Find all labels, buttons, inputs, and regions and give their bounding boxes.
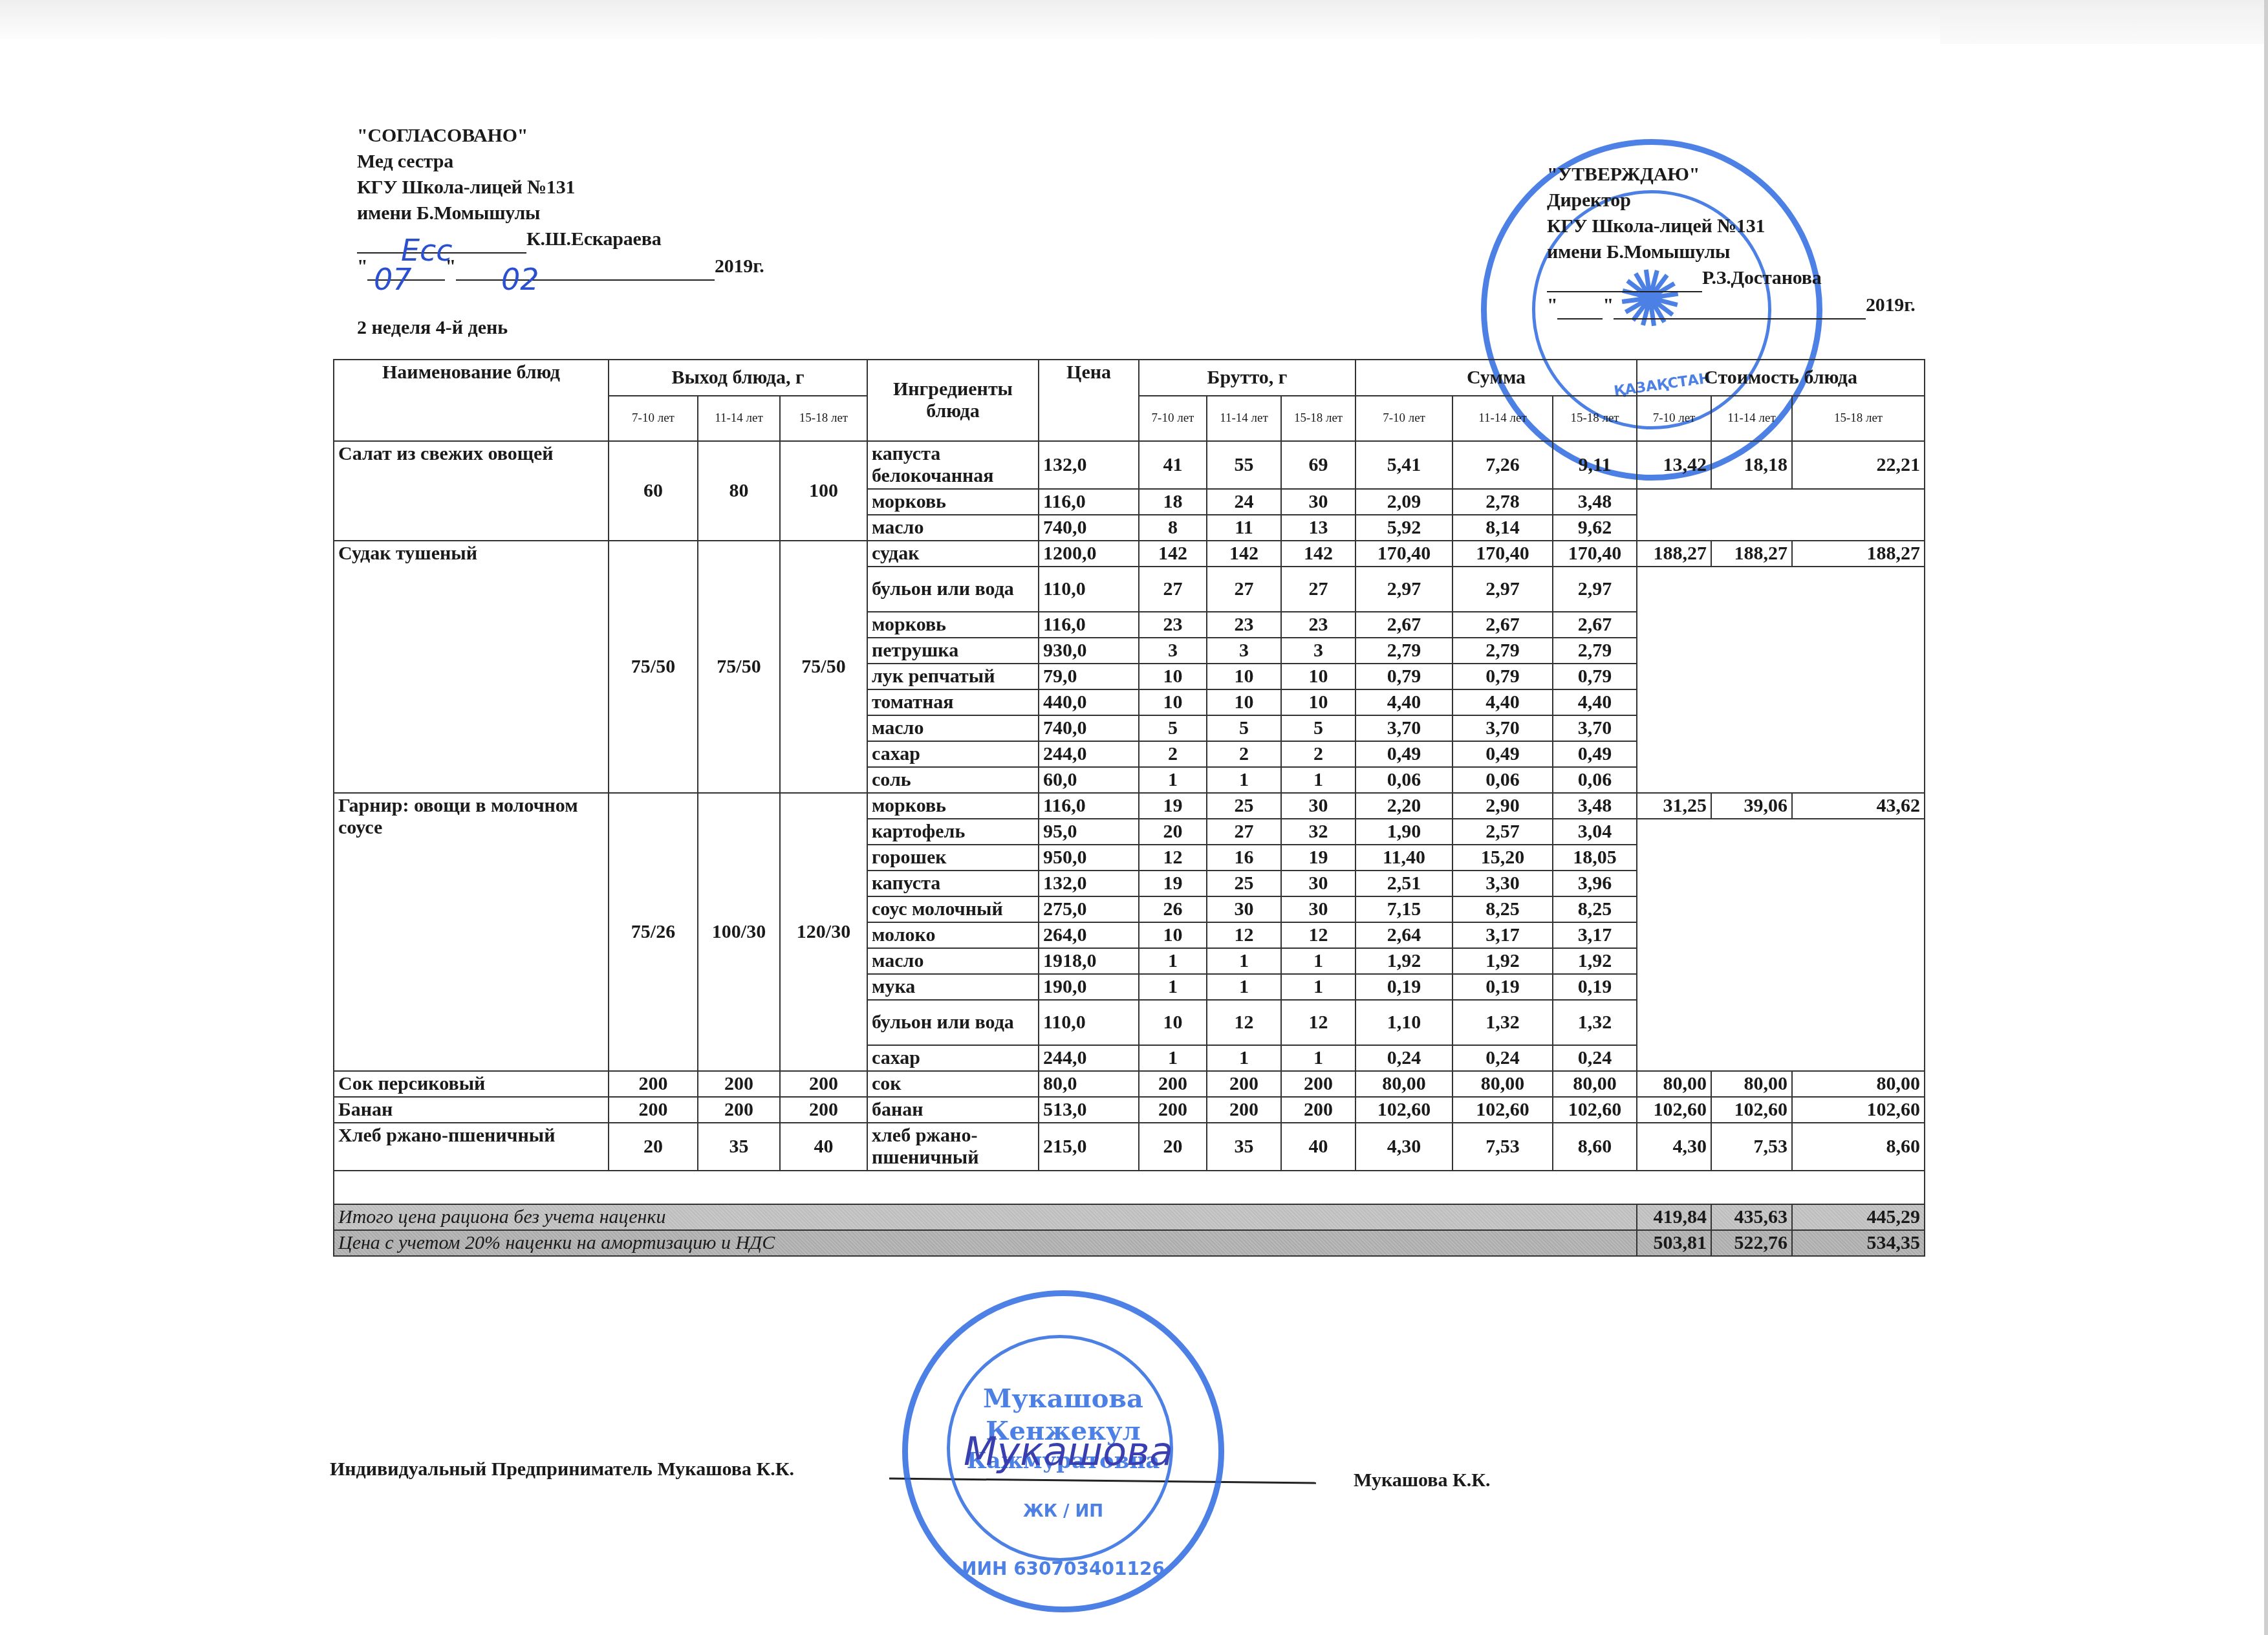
dish-yield: 75/26 [609,793,698,1071]
ingredient-price: 132,0 [1039,441,1139,489]
ingredient-name: масло [867,715,1039,741]
dish-yield: 200 [609,1071,698,1097]
ingredient-price: 950,0 [1039,845,1139,871]
ingredient-sum: 3,04 [1553,819,1637,845]
dish-cost: 80,00 [1711,1071,1792,1097]
dish-cost: 7,53 [1711,1123,1792,1171]
ingredient-brutto: 8 [1139,515,1207,541]
ingredient-price: 132,0 [1039,871,1139,896]
ingredient-brutto: 13 [1281,515,1355,541]
ingredient-sum: 1,92 [1355,948,1453,974]
ingredient-brutto: 200 [1207,1097,1281,1123]
ingredient-brutto: 200 [1207,1071,1281,1097]
ingredient-brutto: 19 [1281,845,1355,871]
ingredient-sum: 1,32 [1453,1000,1553,1045]
ingredient-sum: 2,64 [1355,922,1453,948]
ingredient-sum: 3,30 [1453,871,1553,896]
ingredient-brutto: 27 [1281,567,1355,612]
dish-yield: 200 [780,1097,867,1123]
ingredient-name: морковь [867,489,1039,515]
ingredient-brutto: 1 [1207,767,1281,793]
ingredient-sum: 2,57 [1453,819,1553,845]
ingredient-name: бульон или вода [867,567,1039,612]
scan-edge-top [0,0,2268,39]
ingredient-price: 110,0 [1039,567,1139,612]
ingredient-sum: 2,20 [1355,793,1453,819]
ingredient-sum: 3,70 [1453,715,1553,741]
ingredient-brutto: 200 [1139,1097,1207,1123]
ingredient-brutto: 10 [1207,689,1281,715]
ingredient-sum: 5,92 [1355,515,1453,541]
ingredient-brutto: 41 [1139,441,1207,489]
ingredient-brutto: 1 [1139,1045,1207,1071]
header-yield: Выход блюда, г [609,360,867,396]
dish-yield: 75/50 [698,541,780,793]
ingredient-sum: 8,60 [1553,1123,1637,1171]
ingredient-brutto: 142 [1281,541,1355,567]
ingredient-brutto: 1 [1139,948,1207,974]
ingredient-brutto: 25 [1207,793,1281,819]
dish-cost-empty [1637,567,1925,793]
dish-yield: 200 [698,1097,780,1123]
ingredient-brutto: 200 [1281,1097,1355,1123]
ingredient-sum: 2,67 [1453,612,1553,638]
ingredient-sum: 2,67 [1355,612,1453,638]
ingredient-name: капуста белокочанная [867,441,1039,489]
ingredient-sum: 1,32 [1553,1000,1637,1045]
totals-value: 534,35 [1792,1230,1925,1256]
ingredient-brutto: 27 [1207,567,1281,612]
ingredient-sum: 2,97 [1553,567,1637,612]
ingredient-sum: 1,90 [1355,819,1453,845]
ingredient-brutto: 11 [1207,515,1281,541]
ingredient-sum: 0,19 [1355,974,1453,1000]
ingredient-brutto: 27 [1207,819,1281,845]
ingredient-price: 60,0 [1039,767,1139,793]
ingredient-sum: 2,97 [1355,567,1453,612]
subheader-sum-age: 7-10 лет [1355,396,1453,441]
ingredient-sum: 2,97 [1453,567,1553,612]
totals-value: 445,29 [1792,1204,1925,1230]
subheader-brutto-age: 15-18 лет [1281,396,1355,441]
ingredient-sum: 9,62 [1553,515,1637,541]
totals-value: 522,76 [1711,1230,1792,1256]
ingredient-sum: 2,79 [1453,638,1553,664]
dish-cost: 39,06 [1711,793,1792,819]
ingredient-brutto: 1 [1281,1045,1355,1071]
ingredient-brutto: 200 [1281,1071,1355,1097]
ingredient-brutto: 20 [1139,1123,1207,1171]
ingredient-brutto: 23 [1281,612,1355,638]
ingredient-name: соус молочный [867,896,1039,922]
ingredient-brutto: 40 [1281,1123,1355,1171]
stamp-iin: ИИН 630703401126 [908,1558,1218,1579]
ingredient-sum: 7,15 [1355,896,1453,922]
ingredient-brutto: 10 [1281,664,1355,689]
footer-entrepreneur: Индивидуальный Предприниматель Мукашова … [330,1458,794,1480]
ingredient-sum: 3,17 [1453,922,1553,948]
ingredient-name: бульон или вода [867,1000,1039,1045]
ingredient-brutto: 20 [1139,819,1207,845]
ingredient-price: 740,0 [1039,515,1139,541]
ingredient-brutto: 3 [1139,638,1207,664]
ingredient-sum: 170,40 [1553,541,1637,567]
ingredient-brutto: 12 [1207,1000,1281,1045]
ingredient-brutto: 19 [1139,871,1207,896]
table-row: Хлеб ржано-пшеничный203540хлеб ржано-пше… [334,1123,1925,1171]
approval-signer: К.Ш.Ескараева [526,228,661,250]
ingredient-name: петрушка [867,638,1039,664]
ingredient-brutto: 18 [1139,489,1207,515]
dish-name: Гарнир: овощи в молочном соусе [334,793,609,1071]
header-dish: Наименование блюд [334,360,609,441]
totals-row: Итого цена рациона без учета наценки419,… [334,1204,1925,1230]
ingredient-price: 1200,0 [1039,541,1139,567]
subheader-cost-age: 11-14 лет [1711,396,1792,441]
ingredient-sum: 2,79 [1355,638,1453,664]
ingredient-brutto: 19 [1139,793,1207,819]
table-row: Гарнир: овощи в молочном соусе75/26100/3… [334,793,1925,819]
ingredient-brutto: 2 [1207,741,1281,767]
ingredient-brutto: 23 [1207,612,1281,638]
ingredient-sum: 3,70 [1553,715,1637,741]
ingredient-sum: 0,24 [1355,1045,1453,1071]
ingredient-brutto: 142 [1207,541,1281,567]
ingredient-name: мука [867,974,1039,1000]
ingredient-brutto: 5 [1139,715,1207,741]
menu-costing-table: Наименование блюд Выход блюда, г Ингреди… [333,359,1925,1257]
ingredient-sum: 80,00 [1355,1071,1453,1097]
ingredient-sum: 2,09 [1355,489,1453,515]
ingredient-sum: 0,49 [1553,741,1637,767]
ingredient-sum: 4,30 [1355,1123,1453,1171]
ingredient-sum: 8,25 [1553,896,1637,922]
ingredient-price: 110,0 [1039,1000,1139,1045]
ingredient-sum: 0,19 [1553,974,1637,1000]
ingredient-price: 116,0 [1039,612,1139,638]
approval-title: "СОГЛАСОВАНО" [357,123,764,149]
ingredient-brutto: 1 [1207,1045,1281,1071]
footer-signer: Мукашова К.К. [1354,1469,1491,1491]
ingredient-sum: 80,00 [1453,1071,1553,1097]
ingredient-brutto: 142 [1139,541,1207,567]
dish-cost: 188,27 [1637,541,1711,567]
ingredient-brutto: 26 [1139,896,1207,922]
dish-name: Судак тушеный [334,541,609,793]
dish-cost: 102,60 [1711,1097,1792,1123]
table-row: Сок персиковый200200200сок80,02002002008… [334,1071,1925,1097]
ingredient-brutto: 1 [1139,974,1207,1000]
ingredient-name: горошек [867,845,1039,871]
ingredient-sum: 3,70 [1355,715,1453,741]
ingredient-brutto: 30 [1281,793,1355,819]
ingredient-sum: 0,79 [1553,664,1637,689]
dish-cost: 18,18 [1711,441,1792,489]
ingredient-brutto: 10 [1207,664,1281,689]
ingredient-name: сок [867,1071,1039,1097]
scan-edge-fold [1940,13,2268,44]
dish-yield: 200 [609,1097,698,1123]
ingredient-name: соль [867,767,1039,793]
ingredient-name: хлеб ржано-пшеничный [867,1123,1039,1171]
ingredient-brutto: 69 [1281,441,1355,489]
ingredient-price: 513,0 [1039,1097,1139,1123]
ingredient-sum: 0,06 [1453,767,1553,793]
dish-yield: 60 [609,441,698,541]
subheader-sum-age: 15-18 лет [1553,396,1637,441]
ingredient-sum: 7,26 [1453,441,1553,489]
ingredient-name: морковь [867,612,1039,638]
ingredient-sum: 0,79 [1453,664,1553,689]
ingredient-sum: 9,11 [1553,441,1637,489]
dish-yield: 35 [698,1123,780,1171]
ingredient-name: томатная [867,689,1039,715]
ingredient-brutto: 12 [1281,1000,1355,1045]
subheader-brutto-age: 7-10 лет [1139,396,1207,441]
dish-yield: 80 [698,441,780,541]
dish-cost-empty [1637,489,1925,541]
week-day-label: 2 неделя 4-й день [357,317,508,339]
dish-cost: 8,60 [1792,1123,1925,1171]
ingredient-price: 1918,0 [1039,948,1139,974]
ingredient-sum: 1,10 [1355,1000,1453,1045]
ingredient-sum: 170,40 [1355,541,1453,567]
ingredient-brutto: 30 [1281,896,1355,922]
ingredient-sum: 3,48 [1553,489,1637,515]
approval-role: Мед сестра [357,149,764,175]
totals-label: Цена с учетом 20% наценки на амортизацию… [334,1230,1637,1256]
table-row: Салат из свежих овощей6080100капуста бел… [334,441,1925,489]
ingredient-name: банан [867,1097,1039,1123]
ingredient-name: картофель [867,819,1039,845]
ingredient-price: 215,0 [1039,1123,1139,1171]
subheader-sum-age: 11-14 лет [1453,396,1553,441]
ingredient-sum: 0,06 [1553,767,1637,793]
ingredient-brutto: 27 [1139,567,1207,612]
ingredient-brutto: 10 [1139,664,1207,689]
ingredient-name: судак [867,541,1039,567]
stamp-type: ЖК / ИП [908,1502,1218,1521]
totals-row: Цена с учетом 20% наценки на амортизацию… [334,1230,1925,1256]
dish-yield: 75/50 [609,541,698,793]
ingredient-brutto: 12 [1207,922,1281,948]
ingredient-sum: 4,40 [1453,689,1553,715]
ingredient-brutto: 1 [1207,974,1281,1000]
ingredient-brutto: 10 [1139,1000,1207,1045]
ingredient-brutto: 30 [1281,489,1355,515]
dish-name: Хлеб ржано-пшеничный [334,1123,609,1171]
ingredient-sum: 2,90 [1453,793,1553,819]
ingredient-price: 244,0 [1039,741,1139,767]
ingredient-brutto: 10 [1281,689,1355,715]
dish-cost: 31,25 [1637,793,1711,819]
dish-yield: 100/30 [698,793,780,1071]
ingredient-sum: 102,60 [1355,1097,1453,1123]
spacer-cell [334,1171,1925,1204]
ingredient-price: 930,0 [1039,638,1139,664]
ingredient-price: 740,0 [1039,715,1139,741]
ingredient-name: молоко [867,922,1039,948]
ingredient-price: 79,0 [1039,664,1139,689]
handwritten-signature-bottom: Мукашова [964,1429,1173,1475]
dish-yield: 200 [780,1071,867,1097]
ingredient-brutto: 1 [1139,767,1207,793]
header-sum: Сумма [1355,360,1637,396]
ingredient-brutto: 5 [1207,715,1281,741]
ingredient-name: капуста [867,871,1039,896]
subheader-brutto-age: 11-14 лет [1207,396,1281,441]
approval-block-right: "УТВЕРЖДАЮ" Директор КГУ Школа-лицей №13… [1547,162,1915,319]
approval-org: КГУ Школа-лицей №131 [1547,213,1915,239]
approval-role: Директор [1547,188,1915,213]
scan-edge-right [2264,0,2268,1635]
ingredient-brutto: 12 [1139,845,1207,871]
ingredient-sum: 8,25 [1453,896,1553,922]
ingredient-sum: 1,92 [1453,948,1553,974]
ingredient-name: масло [867,948,1039,974]
approval-org-name: имени Б.Момышулы [357,200,764,226]
ingredient-brutto: 3 [1281,638,1355,664]
ingredient-brutto: 2 [1281,741,1355,767]
ingredient-sum: 4,40 [1355,689,1453,715]
ingredient-brutto: 1 [1207,948,1281,974]
ingredient-brutto: 1 [1281,974,1355,1000]
ingredient-brutto: 30 [1281,871,1355,896]
ingredient-sum: 2,79 [1553,638,1637,664]
dish-yield: 100 [780,441,867,541]
ingredient-sum: 2,67 [1553,612,1637,638]
dish-cost: 22,21 [1792,441,1925,489]
dish-yield: 120/30 [780,793,867,1071]
ingredient-price: 244,0 [1039,1045,1139,1071]
dish-yield: 20 [609,1123,698,1171]
dish-cost: 80,00 [1637,1071,1711,1097]
ingredient-sum: 0,49 [1355,741,1453,767]
dish-name: Салат из свежих овощей [334,441,609,541]
ingredient-brutto: 35 [1207,1123,1281,1171]
ingredient-sum: 3,17 [1553,922,1637,948]
totals-label: Итого цена рациона без учета наценки [334,1204,1637,1230]
ingredient-brutto: 12 [1281,922,1355,948]
totals-value: 419,84 [1637,1204,1711,1230]
ingredient-price: 440,0 [1039,689,1139,715]
ingredient-brutto: 55 [1207,441,1281,489]
dish-cost: 188,27 [1792,541,1925,567]
ingredient-brutto: 1 [1281,948,1355,974]
header-price: Цена [1039,360,1139,441]
ingredient-name: морковь [867,793,1039,819]
subheader-yield-age: 15-18 лет [780,396,867,441]
handwritten-day: 07 [374,262,412,297]
subheader-yield-age: 11-14 лет [698,396,780,441]
ingredient-sum: 0,19 [1453,974,1553,1000]
ingredient-sum: 7,53 [1453,1123,1553,1171]
ingredient-price: 116,0 [1039,489,1139,515]
subheader-cost-age: 15-18 лет [1792,396,1925,441]
ingredient-sum: 0,06 [1355,767,1453,793]
ingredient-sum: 2,51 [1355,871,1453,896]
spacer-row [334,1171,1925,1204]
dish-cost: 13,42 [1637,441,1711,489]
header-cost: Стоимость блюда [1637,360,1925,396]
dish-name: Банан [334,1097,609,1123]
dish-yield: 40 [780,1123,867,1171]
ingredient-sum: 18,05 [1553,845,1637,871]
approval-org-name: имени Б.Момышулы [1547,239,1915,265]
handwritten-month: 02 [501,262,539,297]
ingredient-sum: 1,92 [1553,948,1637,974]
ingredient-name: сахар [867,741,1039,767]
ingredient-sum: 170,40 [1453,541,1553,567]
approval-signer: Р.З.Достанова [1702,267,1822,288]
ingredient-brutto: 30 [1207,896,1281,922]
ingredient-sum: 0,24 [1553,1045,1637,1071]
ingredient-sum: 4,40 [1553,689,1637,715]
ingredient-brutto: 2 [1139,741,1207,767]
ingredient-name: сахар [867,1045,1039,1071]
ingredient-price: 264,0 [1039,922,1139,948]
ingredient-brutto: 16 [1207,845,1281,871]
dish-yield: 75/50 [780,541,867,793]
dish-cost: 4,30 [1637,1123,1711,1171]
dish-yield: 200 [698,1071,780,1097]
ingredient-sum: 11,40 [1355,845,1453,871]
approval-org: КГУ Школа-лицей №131 [357,175,764,200]
dish-cost: 188,27 [1711,541,1792,567]
ingredient-price: 275,0 [1039,896,1139,922]
approval-title: "УТВЕРЖДАЮ" [1547,162,1915,188]
ingredient-sum: 3,48 [1553,793,1637,819]
ingredient-sum: 3,96 [1553,871,1637,896]
totals-value: 435,63 [1711,1204,1792,1230]
ingredient-sum: 80,00 [1553,1071,1637,1097]
ingredient-price: 95,0 [1039,819,1139,845]
ingredient-sum: 0,79 [1355,664,1453,689]
ingredient-sum: 0,49 [1453,741,1553,767]
approval-year: 2019г. [1866,294,1916,316]
approval-year: 2019г. [715,255,764,277]
totals-value: 503,81 [1637,1230,1711,1256]
table-row: Банан200200200банан513,0200200200102,601… [334,1097,1925,1123]
ingredient-sum: 102,60 [1453,1097,1553,1123]
ingredient-sum: 2,78 [1453,489,1553,515]
ingredient-brutto: 1 [1281,767,1355,793]
ingredient-sum: 8,14 [1453,515,1553,541]
ingredient-brutto: 200 [1139,1071,1207,1097]
stamp-name-1: Мукашова [908,1383,1218,1414]
dish-cost: 102,60 [1792,1097,1925,1123]
ingredient-sum: 15,20 [1453,845,1553,871]
ingredient-price: 116,0 [1039,793,1139,819]
ingredient-brutto: 23 [1139,612,1207,638]
dish-cost: 80,00 [1792,1071,1925,1097]
ingredient-name: масло [867,515,1039,541]
subheader-yield-age: 7-10 лет [609,396,698,441]
ingredient-brutto: 3 [1207,638,1281,664]
dish-cost: 102,60 [1637,1097,1711,1123]
header-ingredients: Ингредиенты блюда [867,360,1039,441]
header-brutto: Брутто, г [1139,360,1355,396]
ingredient-brutto: 5 [1281,715,1355,741]
ingredient-sum: 0,24 [1453,1045,1553,1071]
ingredient-price: 80,0 [1039,1071,1139,1097]
ingredient-price: 190,0 [1039,974,1139,1000]
dish-cost: 43,62 [1792,793,1925,819]
subheader-cost-age: 7-10 лет [1637,396,1711,441]
ingredient-sum: 102,60 [1553,1097,1637,1123]
dish-cost-empty [1637,819,1925,1071]
ingredient-brutto: 10 [1139,922,1207,948]
